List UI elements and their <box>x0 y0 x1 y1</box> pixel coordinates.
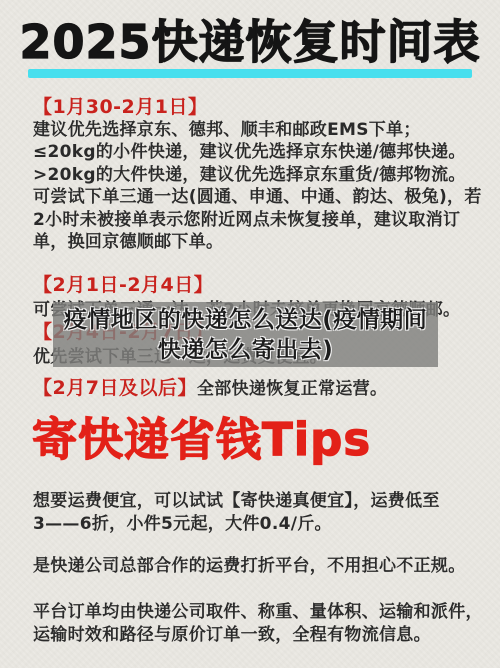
text-line: 建议优先选择京东、德邦、顺丰和邮政EMS下单； <box>33 119 473 141</box>
watermark-caption-banner: 疫情地区的快递怎么送达(疫情期间快递怎么寄出去) <box>53 302 438 367</box>
text-line: 平台订单均由快递公司取件、称重、量体积、运输和派件， <box>33 601 485 624</box>
schedule-date-jan30-feb1: 【1月30-2月1日】 <box>33 96 208 118</box>
title-underline <box>28 69 472 78</box>
text-line: 单，换回京德顺邮下单。 <box>33 231 473 253</box>
text-line: 可尝试下单三通一达(圆通、申通、中通、韵达、极兔)，若 <box>33 186 473 208</box>
text-line: 3——6折，小件5元起，大件0.4/斤。 <box>33 513 485 536</box>
tips-heading: 寄快递省钱Tips <box>32 414 371 466</box>
schedule-row-feb7-onward: 【2月7日及以后】全部快递恢复正常运营。 <box>33 377 483 401</box>
text-line: 2小时未被接单表示您附近网点未恢复接单，建议取消订 <box>33 209 473 231</box>
page-title: 2025快递恢复时间表 <box>0 16 500 68</box>
schedule-body-jan30-feb1: 建议优先选择京东、德邦、顺丰和邮政EMS下单； ≤20kg的小件快递，建议优先选… <box>33 119 473 253</box>
tips-paragraph-platform: 是快递公司总部合作的运费打折平台，不用担心不正规。 <box>33 555 485 578</box>
schedule-note-feb7-onward: 全部快递恢复正常运营。 <box>197 379 387 399</box>
text-line: 运输时效和路径与原价订单一致，全程有物流信息。 <box>33 624 485 647</box>
tips-paragraph-logistics: 平台订单均由快递公司取件、称重、量体积、运输和派件， 运输时效和路径与原价订单一… <box>33 601 485 646</box>
poster-page: 2025快递恢复时间表 【1月30-2月1日】 建议优先选择京东、德邦、顺丰和邮… <box>0 0 500 668</box>
text-line: >20kg的大件快递，建议优先选择京东重货/德邦物流。 <box>33 164 473 186</box>
schedule-date-feb1-feb4: 【2月1日-2月4日】 <box>33 274 213 296</box>
text-line: 是快递公司总部合作的运费打折平台，不用担心不正规。 <box>33 555 485 578</box>
text-line: ≤20kg的小件快递，建议优先选择京东快递/德邦快递。 <box>33 141 473 163</box>
tips-paragraph-discount: 想要运费便宜，可以试试【寄快递真便宜】，运费低至 3——6折，小件5元起，大件0… <box>33 490 485 535</box>
schedule-date-feb7-onward: 【2月7日及以后】 <box>33 377 197 399</box>
text-line: 想要运费便宜，可以试试【寄快递真便宜】，运费低至 <box>33 490 485 513</box>
watermark-caption-text: 疫情地区的快递怎么送达(疫情期间快递怎么寄出去) <box>53 305 438 365</box>
